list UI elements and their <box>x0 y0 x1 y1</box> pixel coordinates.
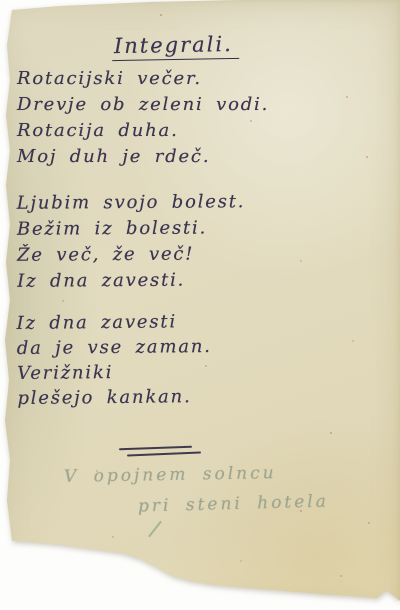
poem-line: Bežim iz bolesti. <box>17 215 246 243</box>
pencil-note-line: V opojnem solncu <box>64 463 277 487</box>
poem-line: Drevje ob zeleni vodi. <box>17 92 269 118</box>
paper-speckles <box>0 0 2 2</box>
manuscript-photo: Integrali. Rotacijski večer. Drevje ob z… <box>0 0 400 610</box>
poem-line: Ljubim svojo bolest. <box>17 189 246 217</box>
poem-line: Rotacijski večer. <box>17 66 269 92</box>
poem-line: Iz dna zavesti <box>16 309 211 336</box>
poem-line: Že več, že več! <box>17 241 246 269</box>
poem-line: Verižniki <box>17 359 212 386</box>
poem-line: Rotacija duha. <box>17 118 269 144</box>
poem-line: Moj duh je rdeč. <box>17 144 269 170</box>
stanza-3: Iz dna zavesti da je vse zaman. Verižnik… <box>16 309 212 411</box>
poem-line: Iz dna zavesti. <box>17 267 246 295</box>
stanza-1: Rotacijski večer. Drevje ob zeleni vodi.… <box>17 66 269 170</box>
torn-paper-sheet: Integrali. Rotacijski večer. Drevje ob z… <box>0 0 400 610</box>
poem-line: da je vse zaman. <box>17 334 212 361</box>
poem-title: Integrali. <box>112 32 239 61</box>
stanza-2: Ljubim svojo bolest. Bežim iz bolesti. Ž… <box>17 189 246 295</box>
poem-line: plešejo kankan. <box>17 384 212 411</box>
